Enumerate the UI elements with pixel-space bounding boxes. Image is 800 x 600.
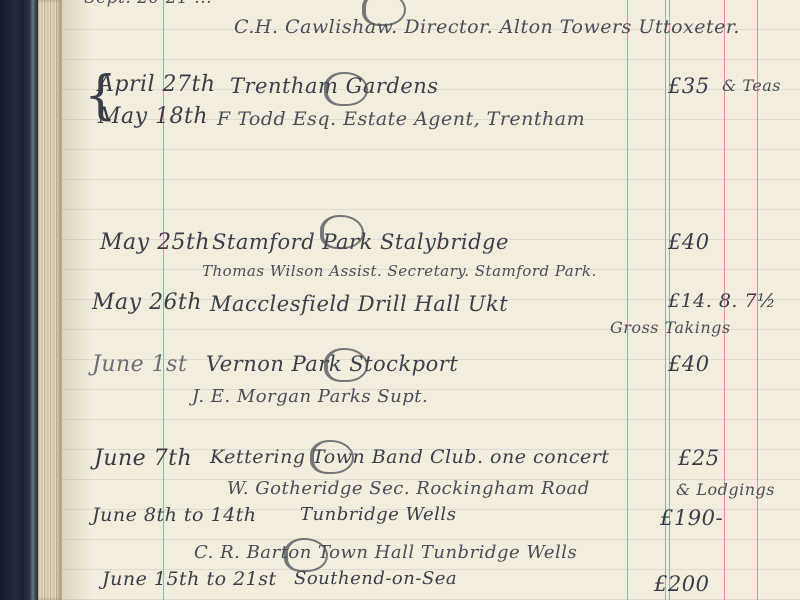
entry-venue: Macclesfield Drill Hall Ukt: [210, 292, 508, 316]
entry-contact: J. E. Morgan Parks Supt.: [192, 386, 428, 407]
entry-date: April 27th: [98, 72, 216, 97]
entry-venue: Tunbridge Wells: [300, 504, 456, 525]
entry-date: June 7th: [94, 446, 192, 471]
stamp-mark: [284, 538, 328, 572]
entry-fee: £40: [668, 230, 710, 254]
entry-venue: Southend-on-Sea: [294, 568, 457, 589]
entry-date: June 1st: [92, 352, 187, 377]
entry-fee: £25: [678, 446, 720, 470]
entry-date: June 8th to 14th: [92, 504, 257, 526]
entry-contact: Thomas Wilson Assist. Secretary. Stamfor…: [202, 262, 597, 280]
entry-contact: C.H. Cawlishaw. Director. Alton Towers U…: [234, 16, 740, 38]
page-edges: [38, 0, 62, 600]
entry-date-secondary: May 18th: [98, 104, 208, 129]
stamp-mark: [320, 215, 364, 249]
stamp-mark: [310, 440, 354, 474]
partial-top-line: Sept. 20 21 ...: [84, 0, 212, 8]
entry-fee: £14. 8. 7½: [668, 290, 776, 312]
entry-fee: £40: [668, 352, 710, 376]
entry-fee: £200: [654, 572, 709, 596]
entry-note: Gross Takings: [610, 318, 731, 337]
book-cover: [0, 0, 38, 600]
stamp-mark: [324, 72, 368, 106]
entry-venue: Kettering Town Band Club. one concert: [210, 446, 609, 468]
entry-note: & Lodgings: [676, 480, 775, 499]
column-rule: [627, 0, 628, 600]
entry-date: May 26th: [92, 290, 202, 315]
entry-contact: F Todd Esq. Estate Agent, Trentham: [217, 108, 585, 130]
entry-contact: C. R. Barton Town Hall Tunbridge Wells: [194, 542, 577, 563]
ledger-page: Sept. 20 21 ... C.H. Cawlishaw. Director…: [62, 0, 800, 600]
entry-contact: W. Gotheridge Sec. Rockingham Road: [227, 478, 590, 499]
entry-note: & Teas: [722, 76, 781, 95]
entry-date: June 15th to 21st: [102, 568, 277, 590]
entry-date: May 25th: [100, 230, 210, 255]
stamp-mark: [324, 348, 368, 382]
entry-fee: £190-: [660, 506, 723, 530]
entry-fee: £35: [668, 74, 710, 98]
